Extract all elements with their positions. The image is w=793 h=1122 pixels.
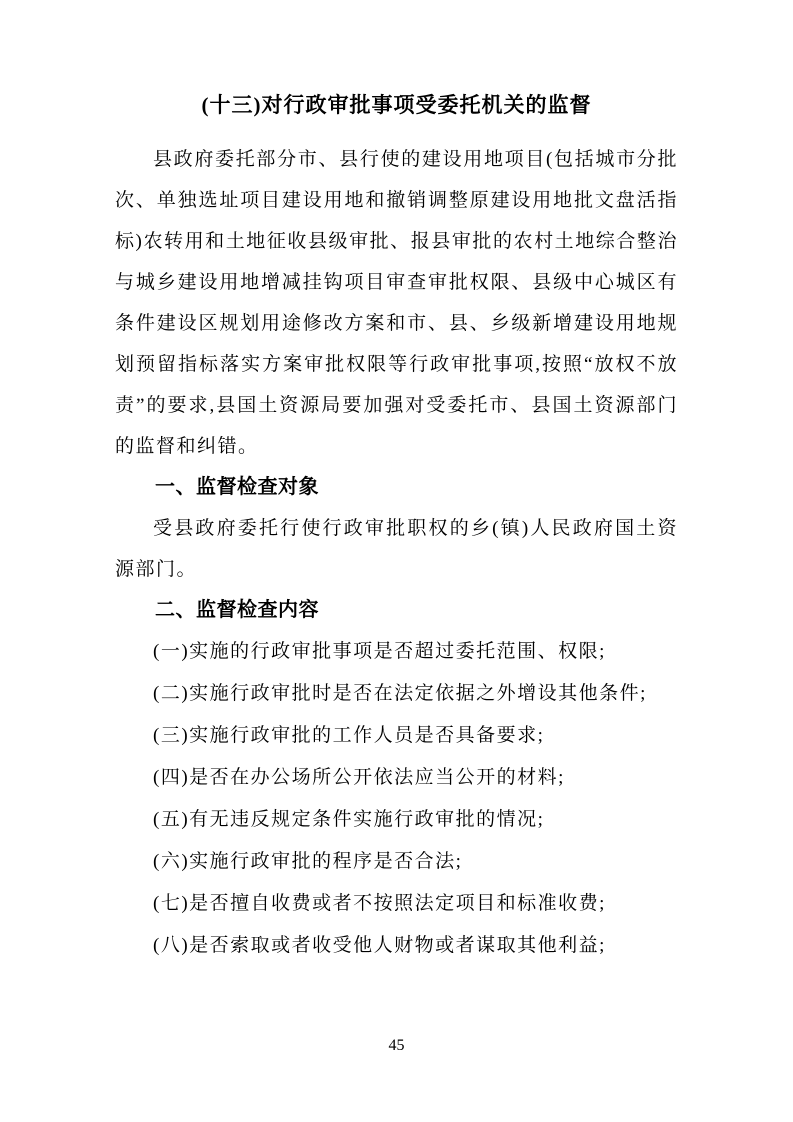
intro-paragraph: 县政府委托部分市、县行使的建设用地项目(包括城市分批次、单独选址项目建设用地和撤… <box>115 139 678 467</box>
inspection-item-3: (三)实施行政审批的工作人员是否具备要求; <box>115 715 678 756</box>
heading-supervision-targets: 一、监督检查对象 <box>115 467 678 508</box>
heading-supervision-content: 二、监督检查内容 <box>115 590 678 631</box>
targets-paragraph: 受县政府委托行使行政审批职权的乡(镇)人民政府国土资源部门。 <box>115 508 678 590</box>
inspection-item-5: (五)有无违反规定条件实施行政审批的情况; <box>115 799 678 840</box>
inspection-item-8: (八)是否索取或者收受他人财物或者谋取其他利益; <box>115 925 678 966</box>
section-title: (十三)对行政审批事项受委托机关的监督 <box>115 85 678 126</box>
inspection-item-2: (二)实施行政审批时是否在法定依据之外增设其他条件; <box>115 673 678 714</box>
inspection-item-4: (四)是否在办公场所公开依法应当公开的材料; <box>115 757 678 798</box>
inspection-item-1: (一)实施的行政审批事项是否超过委托范围、权限; <box>115 631 678 672</box>
inspection-item-6: (六)实施行政审批的程序是否合法; <box>115 841 678 882</box>
inspection-item-7: (七)是否擅自收费或者不按照法定项目和标准收费; <box>115 883 678 924</box>
page-number: 45 <box>0 1036 793 1056</box>
document-page: (十三)对行政审批事项受委托机关的监督 县政府委托部分市、县行使的建设用地项目(… <box>0 0 793 1122</box>
document-content: (十三)对行政审批事项受委托机关的监督 县政府委托部分市、县行使的建设用地项目(… <box>115 85 678 967</box>
